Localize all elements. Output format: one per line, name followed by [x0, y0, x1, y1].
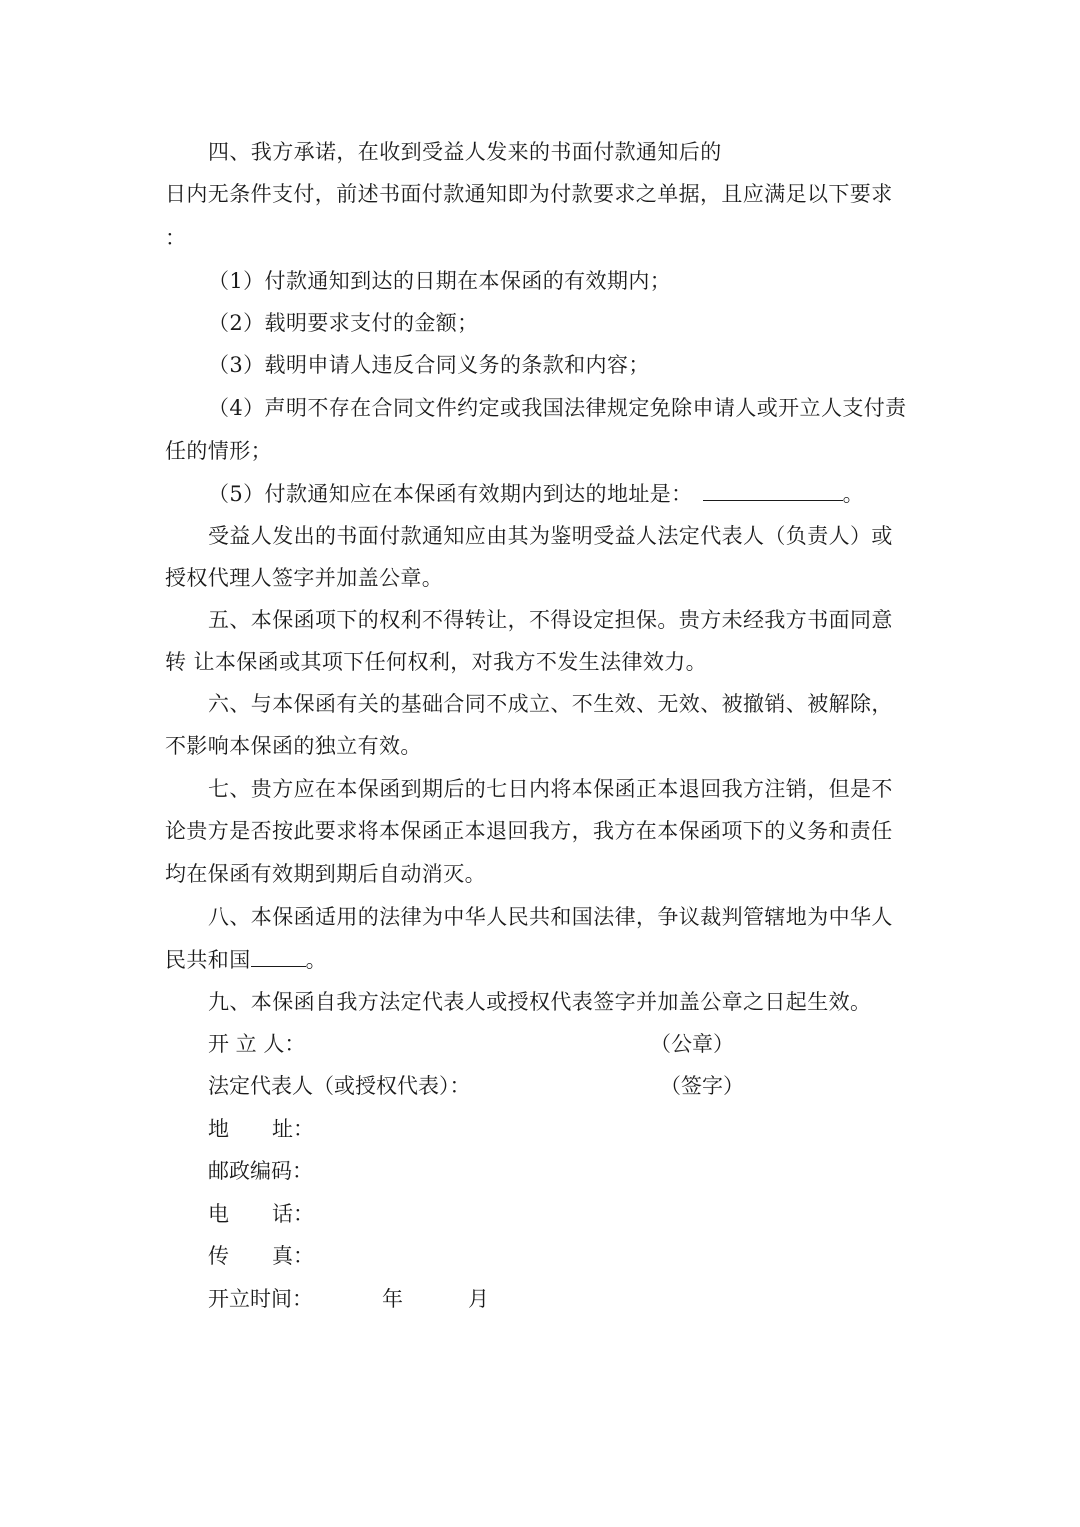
clause-6-line-2: 不影响本保函的独立有效。	[165, 733, 422, 759]
date-label: 开立时间：	[208, 1286, 313, 1312]
item-5-suffix: 。	[843, 482, 864, 506]
clause-4-line-3: ：	[165, 225, 186, 251]
rep-sign: （签字）	[660, 1073, 744, 1099]
postcode-label: 邮政编码：	[208, 1158, 313, 1184]
clause-6-line-1: 六、与本保函有关的基础合同不成立、不生效、无效、被撤销、被解除，	[208, 691, 893, 717]
clause-9-line-1: 九、本保函自我方法定代表人或授权代表签字并加盖公章之日起生效。	[208, 989, 871, 1015]
fax-label-b: 真：	[272, 1243, 314, 1269]
clause-7-line-1: 七、贵方应在本保函到期后的七日内将本保函正本退回我方注销，但是不	[208, 776, 893, 802]
clause-8-line-1: 八、本保函适用的法律为中华人民共和国法律，争议裁判管辖地为中华人	[208, 904, 893, 930]
clause-8-text: 民共和国	[165, 948, 251, 972]
clause-4-item-2: （2）载明要求支付的金额；	[208, 310, 479, 336]
phone-label-b: 话：	[272, 1201, 314, 1227]
clause-7-line-2: 论贵方是否按此要求将本保函正本退回我方，我方在本保函项下的义务和责任	[165, 818, 893, 844]
item-5-text: （5）付款通知应在本保函有效期内到达的地址是：	[208, 482, 693, 506]
issuer-label: 开 立 人：	[208, 1031, 305, 1057]
clause-7-line-3: 均在保函有效期到期后自动消灭。	[165, 861, 486, 887]
clause-8-suffix: 。	[306, 948, 327, 972]
year-label: 年	[382, 1286, 403, 1312]
clause-4-item-4: （4）声明不存在合同文件约定或我国法律规定免除申请人或开立人支付责	[208, 395, 907, 421]
jurisdiction-blank	[251, 948, 306, 967]
issuer-seal: （公章）	[650, 1031, 734, 1057]
month-label: 月	[468, 1286, 489, 1312]
clause-5-line-1: 五、本保函项下的权利不得转让，不得设定担保。贵方未经我方书面同意	[208, 607, 893, 633]
clause-4-item-3: （3）载明申请人违反合同义务的条款和内容；	[208, 352, 650, 378]
clause-4-line-1: 四、我方承诺，在收到受益人发来的书面付款通知后的	[208, 139, 722, 165]
clause-4-item-5: （5）付款通知应在本保函有效期内到达的地址是：。	[208, 481, 864, 507]
phone-label-a: 电	[208, 1201, 229, 1227]
clause-5-line-2: 转 让本保函或其项下任何权利，对我方不发生法律效力。	[165, 649, 707, 675]
clause-4-item-4-cont: 任的情形；	[165, 438, 272, 464]
clause-4-signature-line-1: 受益人发出的书面付款通知应由其为鉴明受益人法定代表人（负责人）或	[208, 523, 893, 549]
address-label-b: 址：	[272, 1116, 314, 1142]
rep-label: 法定代表人（或授权代表）：	[208, 1073, 471, 1099]
address-label-a: 地	[208, 1116, 229, 1142]
clause-4-item-1: （1）付款通知到达的日期在本保函的有效期内；	[208, 268, 671, 294]
clause-4-line-2: 日内无条件支付，前述书面付款通知即为付款要求之单据，且应满足以下要求	[165, 181, 893, 207]
clause-4-signature-line-2: 授权代理人签字并加盖公章。	[165, 565, 443, 591]
clause-8-line-2: 民共和国。	[165, 947, 327, 973]
fax-label-a: 传	[208, 1243, 229, 1269]
address-blank	[703, 482, 843, 501]
